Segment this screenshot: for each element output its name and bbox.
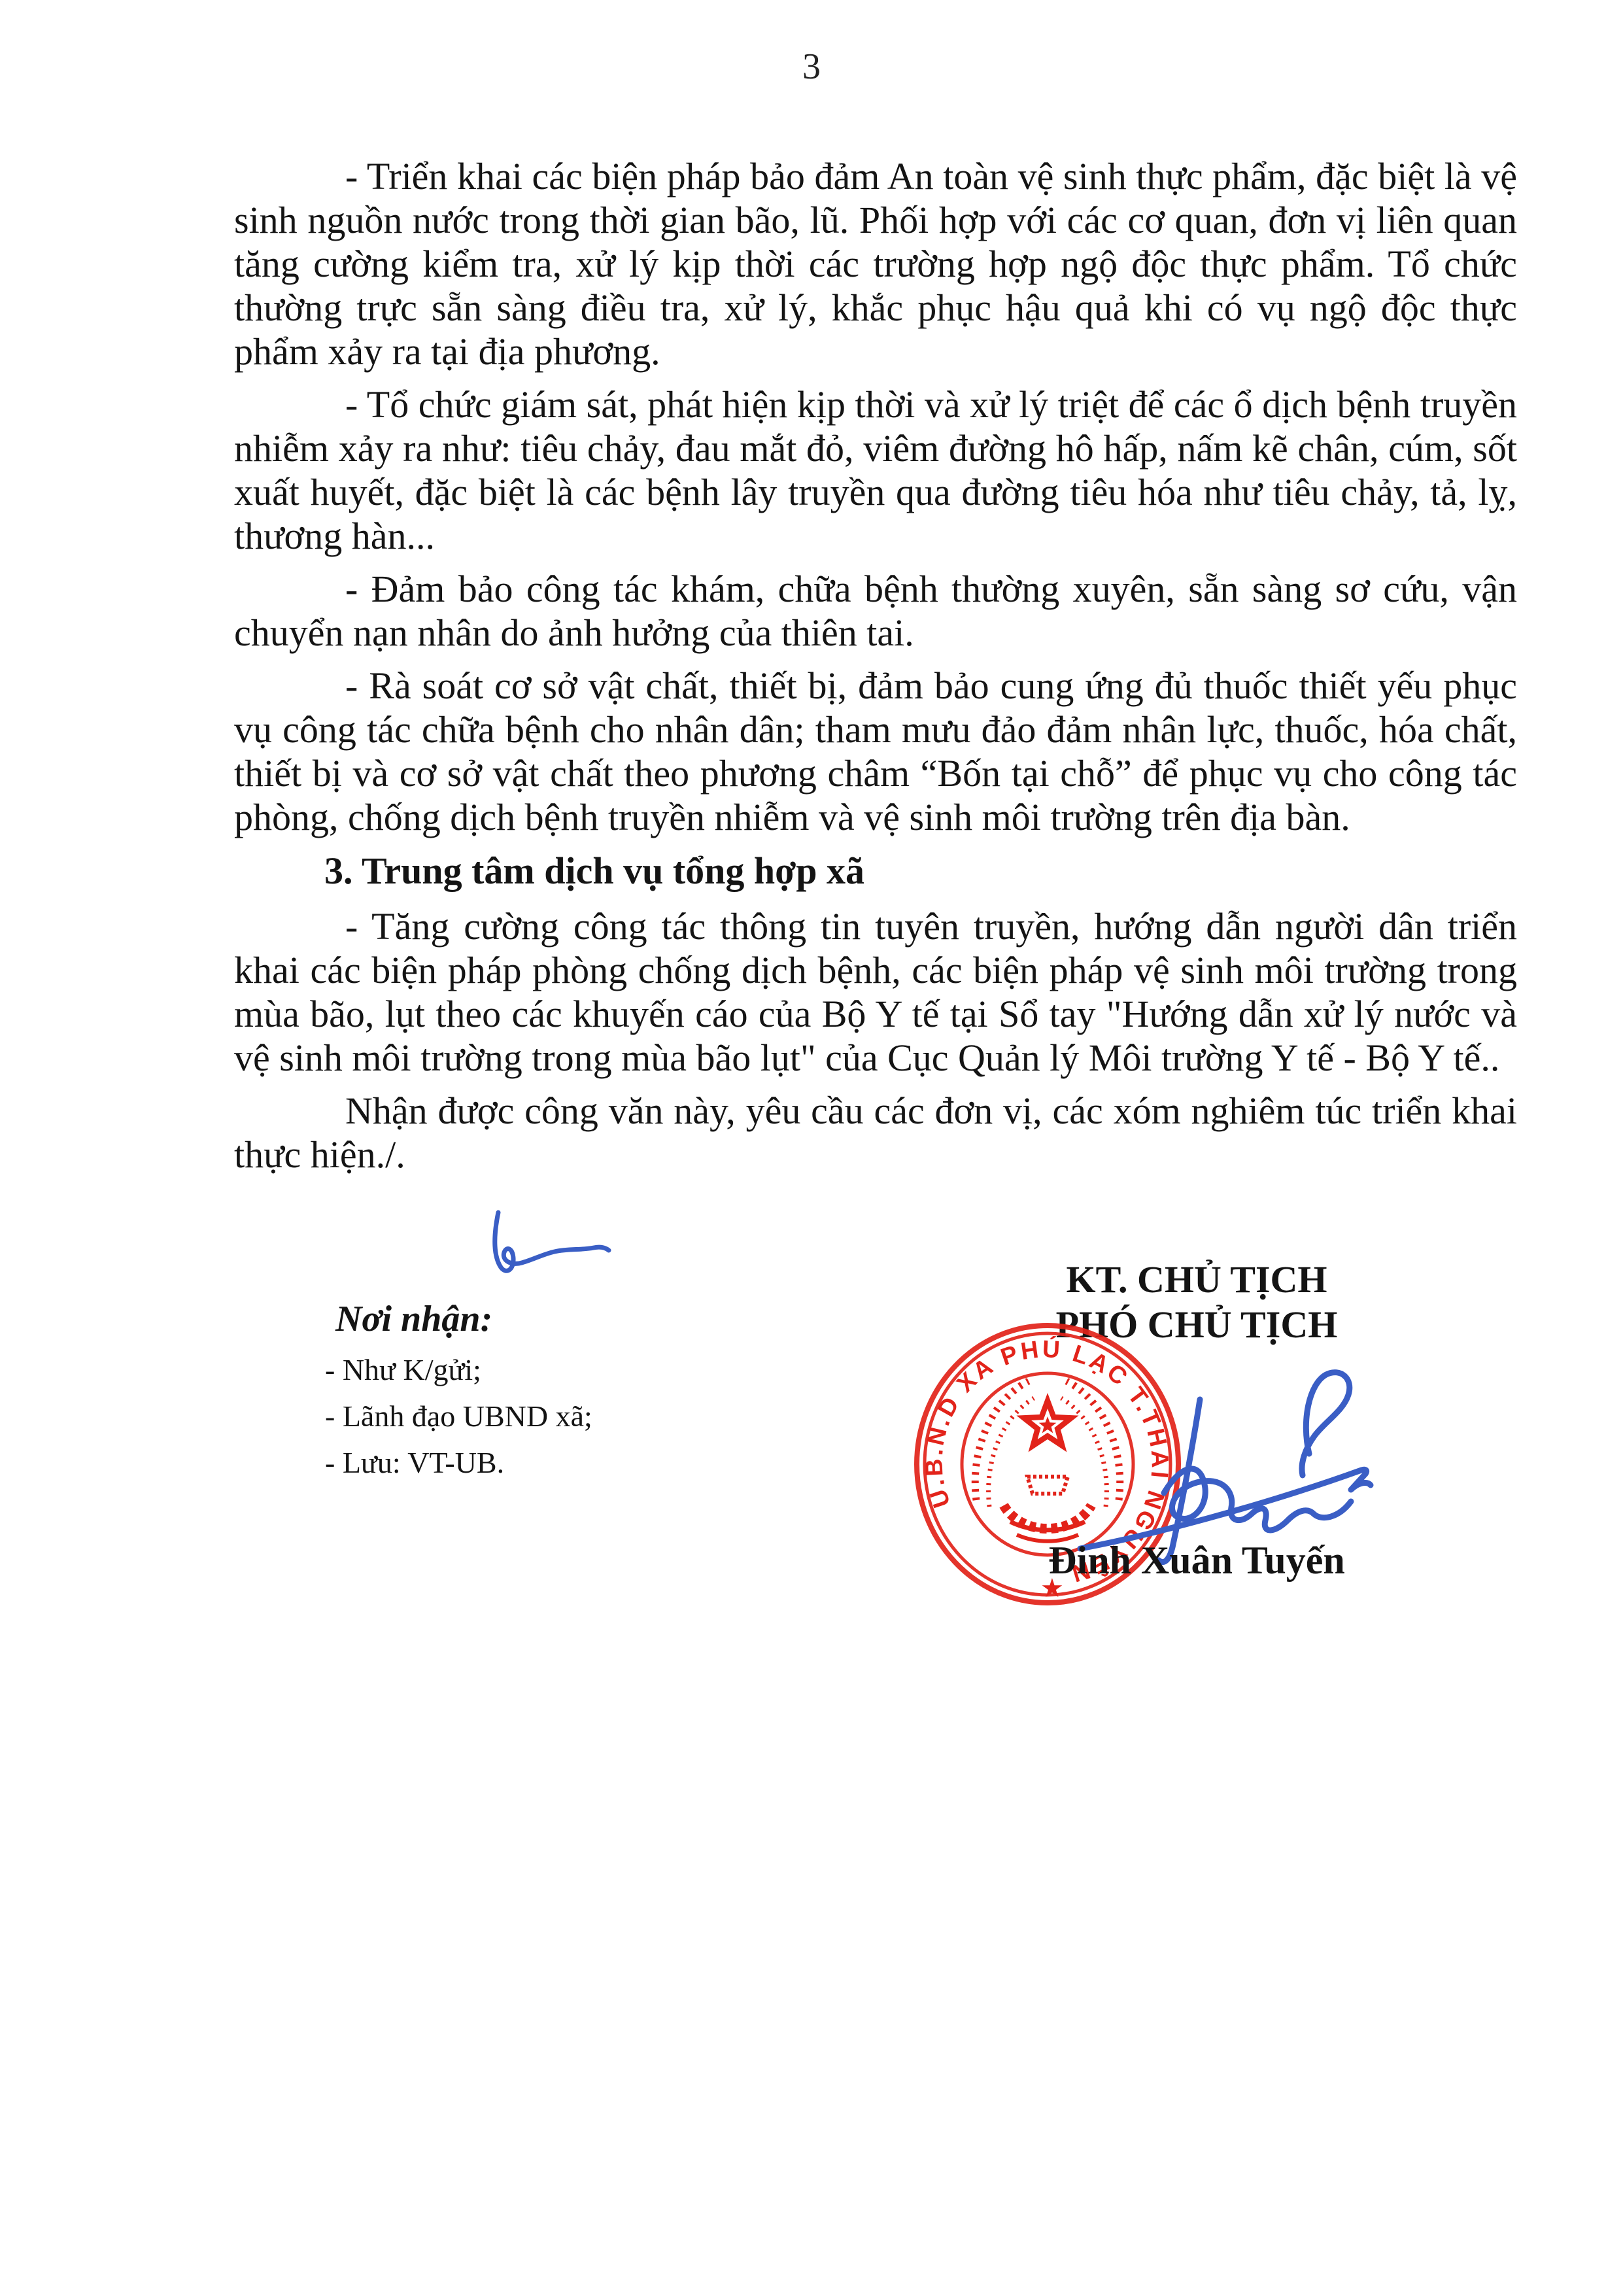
- document-body: - Triển khai các biện pháp bảo đảm An to…: [234, 154, 1517, 1176]
- paragraph-food-safety: - Triển khai các biện pháp bảo đảm An to…: [234, 154, 1517, 373]
- paragraph-closing: Nhận được công văn này, yêu cầu các đơn …: [234, 1089, 1517, 1176]
- recipient-item: - Lãnh đạo UBND xã;: [325, 1393, 783, 1439]
- paragraph-medical-care: - Đảm bảo công tác khám, chữa bệnh thườn…: [234, 567, 1517, 655]
- document-page: 3 - Triển khai các biện pháp bảo đảm An …: [0, 0, 1623, 2296]
- section-heading: 3. Trung tâm dịch vụ tổng hợp xã: [234, 848, 1517, 894]
- signer-title-kt-chu-tich: KT. CHỦ TỊCH: [1033, 1257, 1360, 1302]
- paragraph-communication: - Tăng cường công tác thông tin tuyên tr…: [234, 904, 1517, 1080]
- paragraph-epidemic-surveillance: - Tổ chức giám sát, phát hiện kịp thời v…: [234, 383, 1517, 558]
- recipient-item: - Như K/gửi;: [325, 1346, 783, 1393]
- recipients-label: Nơi nhận:: [335, 1296, 783, 1343]
- handwritten-initial-mark: [483, 1208, 613, 1287]
- recipients-block: Nơi nhận: - Như K/gửi; - Lãnh đạo UBND x…: [325, 1296, 783, 1486]
- paragraph-facilities-review: - Rà soát cơ sở vật chất, thiết bị, đảm …: [234, 664, 1517, 839]
- recipient-item: - Lưu: VT-UB.: [325, 1439, 783, 1486]
- page-number: 3: [0, 46, 1623, 88]
- signer-name: Đinh Xuân Tuyến: [1017, 1538, 1376, 1583]
